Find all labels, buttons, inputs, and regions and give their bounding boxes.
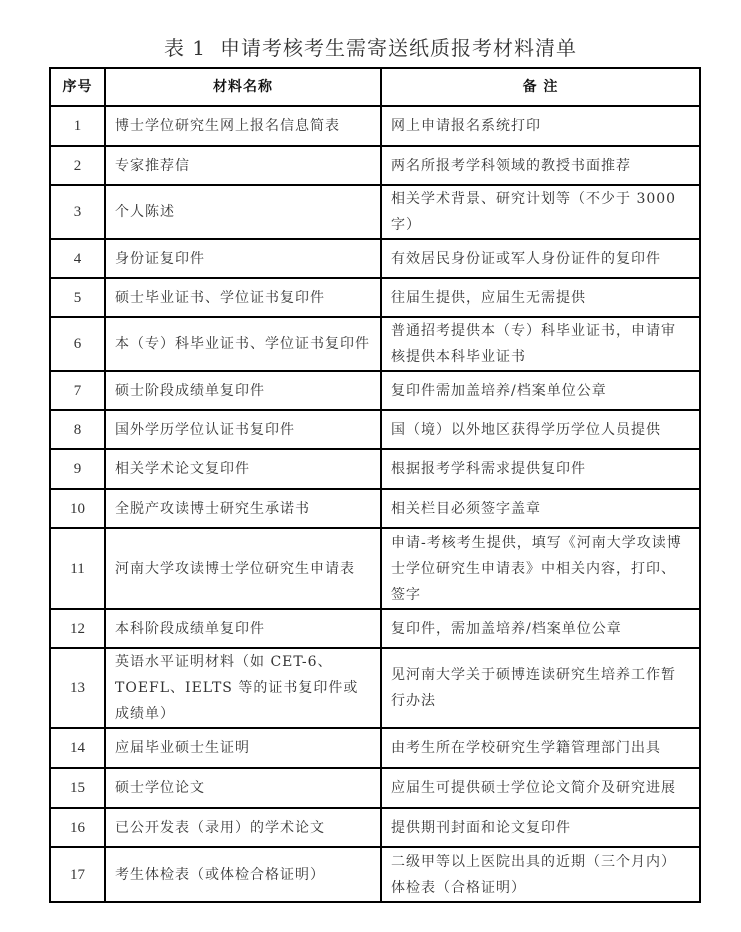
row-note: 两名所报考学科领域的教授书面推荐 [381, 146, 700, 185]
table-caption-number: 表 1 [164, 36, 206, 60]
row-note: 相关学术背景、研究计划等（不少于 3000 字） [381, 185, 700, 239]
table-row: 7硕士阶段成绩单复印件复印件需加盖培养/档案单位公章 [50, 371, 700, 410]
row-index: 7 [50, 371, 105, 410]
table-row: 17考生体检表（或体检合格证明）二级甲等以上医院出具的近期（三个月内）体检表（合… [50, 847, 700, 902]
table-caption: 表 1申请考核考生需寄送纸质报考材料清单 [0, 32, 741, 61]
row-material-name: 本科阶段成绩单复印件 [105, 609, 381, 648]
row-material-name: 河南大学攻读博士学位研究生申请表 [105, 528, 381, 609]
table-row: 11河南大学攻读博士学位研究生申请表申请-考核考生提供，填写《河南大学攻读博士学… [50, 528, 700, 609]
row-note: 由考生所在学校研究生学籍管理部门出具 [381, 728, 700, 768]
row-note: 二级甲等以上医院出具的近期（三个月内）体检表（合格证明） [381, 847, 700, 902]
table-row: 12本科阶段成绩单复印件复印件，需加盖培养/档案单位公章 [50, 609, 700, 648]
row-note: 相关栏目必须签字盖章 [381, 489, 700, 528]
row-index: 10 [50, 489, 105, 528]
table-row: 8国外学历学位认证书复印件国（境）以外地区获得学历学位人员提供 [50, 410, 700, 449]
row-index: 5 [50, 278, 105, 317]
table-row: 2专家推荐信两名所报考学科领域的教授书面推荐 [50, 146, 700, 185]
row-index: 3 [50, 185, 105, 239]
row-index: 15 [50, 768, 105, 808]
row-index: 17 [50, 847, 105, 902]
row-material-name: 相关学术论文复印件 [105, 449, 381, 489]
materials-table: 序号 材料名称 备 注 1博士学位研究生网上报名信息简表网上申请报名系统打印2专… [49, 67, 701, 903]
row-note: 复印件需加盖培养/档案单位公章 [381, 371, 700, 410]
row-material-name: 国外学历学位认证书复印件 [105, 410, 381, 449]
table-header-row: 序号 材料名称 备 注 [50, 68, 700, 106]
row-material-name: 硕士学位论文 [105, 768, 381, 808]
row-index: 14 [50, 728, 105, 768]
row-material-name: 已公开发表（录用）的学术论文 [105, 808, 381, 847]
row-note: 普通招考提供本（专）科毕业证书，申请审核提供本科毕业证书 [381, 317, 700, 371]
row-material-name: 博士学位研究生网上报名信息简表 [105, 106, 381, 146]
table-row: 1博士学位研究生网上报名信息简表网上申请报名系统打印 [50, 106, 700, 146]
table-row: 13英语水平证明材料（如 CET-6、TOEFL、IELTS 等的证书复印件或成… [50, 648, 700, 728]
table-row: 3个人陈述相关学术背景、研究计划等（不少于 3000 字） [50, 185, 700, 239]
header-note: 备 注 [381, 68, 700, 106]
row-note: 网上申请报名系统打印 [381, 106, 700, 146]
table-row: 6本（专）科毕业证书、学位证书复印件普通招考提供本（专）科毕业证书，申请审核提供… [50, 317, 700, 371]
row-material-name: 应届毕业硕士生证明 [105, 728, 381, 768]
header-material-name: 材料名称 [105, 68, 381, 106]
table-body: 1博士学位研究生网上报名信息简表网上申请报名系统打印2专家推荐信两名所报考学科领… [50, 106, 700, 902]
row-material-name: 全脱产攻读博士研究生承诺书 [105, 489, 381, 528]
table-row: 10全脱产攻读博士研究生承诺书相关栏目必须签字盖章 [50, 489, 700, 528]
row-note: 复印件，需加盖培养/档案单位公章 [381, 609, 700, 648]
row-material-name: 身份证复印件 [105, 239, 381, 278]
row-index: 11 [50, 528, 105, 609]
table-row: 9相关学术论文复印件根据报考学科需求提供复印件 [50, 449, 700, 489]
table-row: 4身份证复印件有效居民身份证或军人身份证件的复印件 [50, 239, 700, 278]
row-material-name: 硕士毕业证书、学位证书复印件 [105, 278, 381, 317]
row-material-name: 硕士阶段成绩单复印件 [105, 371, 381, 410]
table-row: 16已公开发表（录用）的学术论文提供期刊封面和论文复印件 [50, 808, 700, 847]
row-note: 往届生提供，应届生无需提供 [381, 278, 700, 317]
row-note: 提供期刊封面和论文复印件 [381, 808, 700, 847]
row-note: 根据报考学科需求提供复印件 [381, 449, 700, 489]
row-index: 6 [50, 317, 105, 371]
row-material-name: 专家推荐信 [105, 146, 381, 185]
row-material-name: 考生体检表（或体检合格证明） [105, 847, 381, 902]
table-caption-text: 申请考核考生需寄送纸质报考材料清单 [220, 36, 577, 60]
row-index: 13 [50, 648, 105, 728]
header-index: 序号 [50, 68, 105, 106]
row-material-name: 本（专）科毕业证书、学位证书复印件 [105, 317, 381, 371]
row-note: 见河南大学关于硕博连读研究生培养工作暂行办法 [381, 648, 700, 728]
row-note: 申请-考核考生提供，填写《河南大学攻读博士学位研究生申请表》中相关内容，打印、签… [381, 528, 700, 609]
table-row: 14应届毕业硕士生证明由考生所在学校研究生学籍管理部门出具 [50, 728, 700, 768]
row-index: 16 [50, 808, 105, 847]
table-row: 15硕士学位论文应届生可提供硕士学位论文简介及研究进展 [50, 768, 700, 808]
row-index: 9 [50, 449, 105, 489]
row-note: 应届生可提供硕士学位论文简介及研究进展 [381, 768, 700, 808]
row-index: 12 [50, 609, 105, 648]
table-row: 5硕士毕业证书、学位证书复印件往届生提供，应届生无需提供 [50, 278, 700, 317]
row-index: 4 [50, 239, 105, 278]
row-index: 2 [50, 146, 105, 185]
row-material-name: 英语水平证明材料（如 CET-6、TOEFL、IELTS 等的证书复印件或成绩单… [105, 648, 381, 728]
row-note: 有效居民身份证或军人身份证件的复印件 [381, 239, 700, 278]
row-index: 8 [50, 410, 105, 449]
row-index: 1 [50, 106, 105, 146]
row-material-name: 个人陈述 [105, 185, 381, 239]
row-note: 国（境）以外地区获得学历学位人员提供 [381, 410, 700, 449]
